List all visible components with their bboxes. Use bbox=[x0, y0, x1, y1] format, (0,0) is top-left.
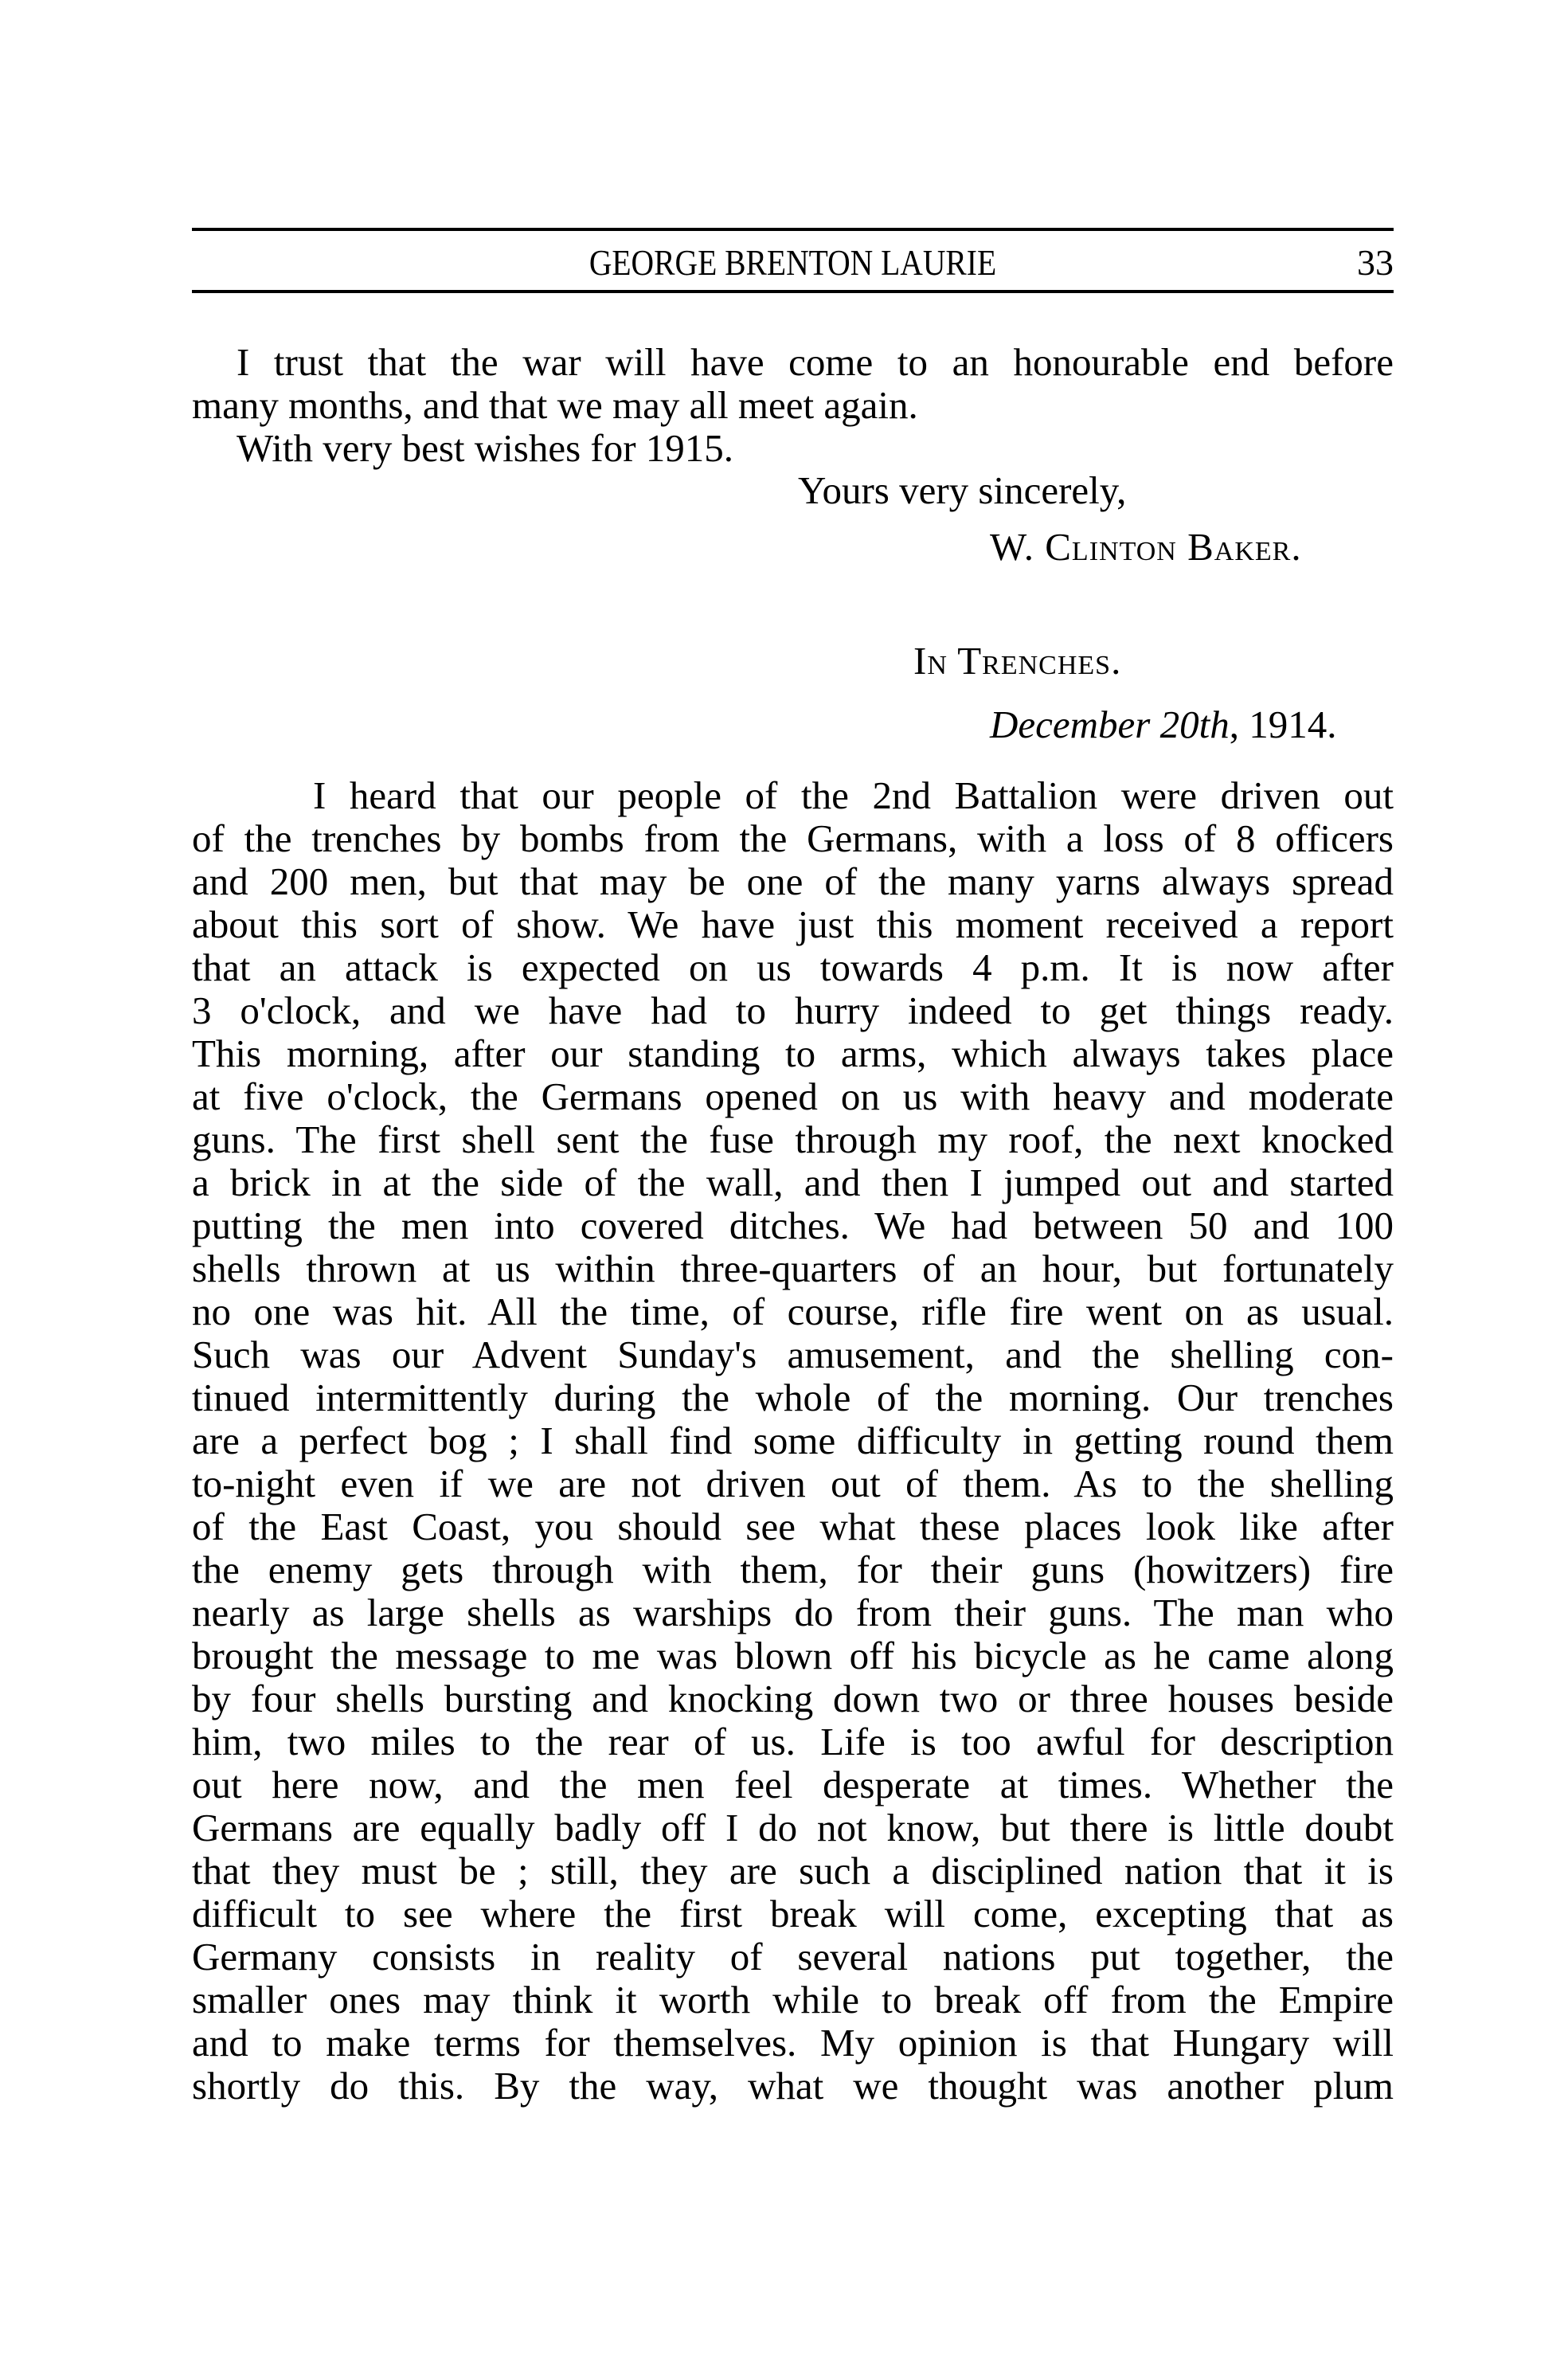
page-number: 33 bbox=[1357, 239, 1394, 287]
body-line: Germans are equally badly off I do not k… bbox=[192, 1806, 1394, 1849]
body-line: 3 o'clock, and we have had to hurry inde… bbox=[192, 989, 1394, 1032]
body-line: smaller ones may think it worth while to… bbox=[192, 1979, 1394, 2022]
body-line: and 200 men, but that may be one of the … bbox=[192, 860, 1394, 903]
body-line: are a perfect bog ; I shall find some di… bbox=[192, 1419, 1394, 1462]
body-line: putting the men into covered ditches. We… bbox=[192, 1204, 1394, 1247]
valediction: Yours very sincerely, bbox=[798, 469, 1126, 512]
body-line: of the trenches by bombs from the German… bbox=[192, 817, 1394, 860]
body-line: at five o'clock, the Germans opened on u… bbox=[192, 1075, 1394, 1118]
body-line: about this sort of show. We have just th… bbox=[192, 903, 1394, 946]
letter-date: December 20th, 1914. bbox=[990, 703, 1336, 746]
header-top-rule bbox=[192, 228, 1394, 231]
letter-close-line: I trust that the war will have come to a… bbox=[237, 341, 1394, 384]
body-line: a brick in at the side of the wall, and … bbox=[192, 1161, 1394, 1204]
body-line: Germany consists in reality of several n… bbox=[192, 1936, 1394, 1979]
body-line: Such was our Advent Sunday's amusement, … bbox=[192, 1333, 1394, 1376]
letter-place: In Trenches. bbox=[913, 640, 1121, 683]
running-head: GEORGE BRENTON LAURIE 33 bbox=[192, 239, 1394, 287]
letter-date-year: , 1914. bbox=[1230, 703, 1337, 746]
body-line: that they must be ; still, they are such… bbox=[192, 1849, 1394, 1893]
body-line: the enemy gets through with them, for th… bbox=[192, 1548, 1394, 1591]
body-line: tinued intermittently during the whole o… bbox=[192, 1376, 1394, 1419]
body-line: to-night even if we are not driven out o… bbox=[192, 1462, 1394, 1505]
body-line: guns. The first shell sent the fuse thro… bbox=[192, 1118, 1394, 1161]
letter-close-line: With very best wishes for 1915. bbox=[237, 427, 1438, 470]
body-line: out here now, and the men feel desperate… bbox=[192, 1763, 1394, 1806]
letter-date-day: December 20th bbox=[990, 703, 1230, 746]
body-line: shells thrown at us within three-quarter… bbox=[192, 1247, 1394, 1290]
header-bottom-rule bbox=[192, 290, 1394, 293]
body-line: I heard that our people of the 2nd Batta… bbox=[313, 774, 1394, 817]
body-line: by four shells bursting and knocking dow… bbox=[192, 1677, 1394, 1720]
letter-close-line: many months, and that we may all meet ag… bbox=[192, 384, 1394, 427]
signature: W. Clinton Baker. bbox=[990, 526, 1302, 569]
body-line: that an attack is expected on us towards… bbox=[192, 946, 1394, 989]
body-line: of the East Coast, you should see what t… bbox=[192, 1505, 1394, 1548]
body-line: difficult to see where the first break w… bbox=[192, 1893, 1394, 1936]
body-line: shortly do this. By the way, what we tho… bbox=[192, 2065, 1394, 2108]
body-line: This morning, after our standing to arms… bbox=[192, 1032, 1394, 1075]
body-line: nearly as large shells as warships do fr… bbox=[192, 1591, 1394, 1634]
body-line: and to make terms for themselves. My opi… bbox=[192, 2022, 1394, 2065]
body-line: him, two miles to the rear of us. Life i… bbox=[192, 1720, 1394, 1763]
body-line: brought the message to me was blown off … bbox=[192, 1634, 1394, 1677]
running-title: GEORGE BRENTON LAURIE bbox=[276, 239, 1310, 287]
body-line: no one was hit. All the time, of course,… bbox=[192, 1290, 1394, 1333]
